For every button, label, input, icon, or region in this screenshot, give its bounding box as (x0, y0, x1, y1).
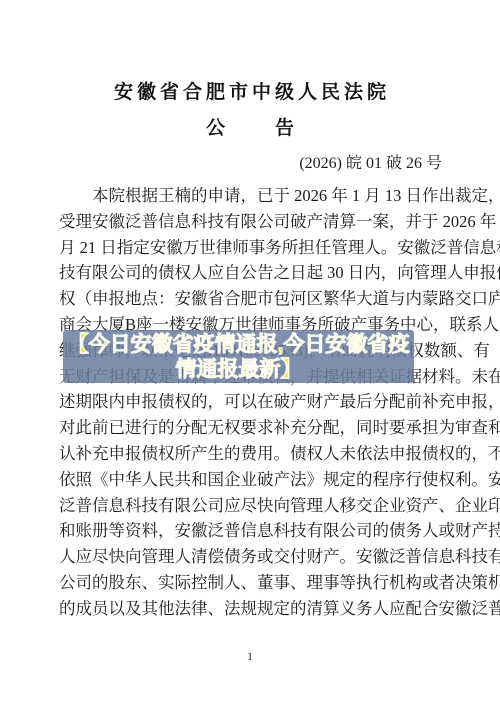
body-line: 权（申报地点：安徽省合肥市包河区繁华大道与内蒙路交口庐江 (59, 286, 448, 312)
body-line: 的成员以及其他法律、法规规定的清算义务人应配合安徽泛普信 (59, 596, 448, 622)
body-line: 认补充申报债权所产生的费用。债权人未依法申报债权的，不得 (59, 441, 448, 467)
overlay-text: 【今日安徽省疫情通报,今日安徽省疫情通报最新】 (63, 332, 414, 382)
page-number: 1 (0, 649, 500, 664)
overlay-banner: 【今日安徽省疫情通报,今日安徽省疫情通报最新】 (63, 330, 414, 383)
document-title: 公 告 (0, 113, 500, 140)
body-line: 技有限公司的债权人应自公告之日起 30 日内，向管理人申报债 (59, 260, 448, 286)
body-line: 和账册等资料，安徽泛普信息科技有限公司的债务人或财产持有 (59, 518, 448, 544)
body-line: 公司的股东、实际控制人、董事、理事等执行机构或者决策机构 (59, 570, 448, 596)
body-line: 受理安徽泛普信息科技有限公司破产清算一案，并于 2026 年 1 (59, 209, 448, 235)
body-line: 对此前已进行的分配无权要求补充分配，同时要承担为审查和确 (59, 415, 448, 441)
body-line: 依照《中华人民共和国企业破产法》规定的程序行使权利。安徽 (59, 467, 448, 493)
body-line: 月 21 日指定安徽万世律师事务所担任管理人。安徽泛普信息科 (59, 235, 448, 261)
body-line: 本院根据王楠的申请，已于 2026 年 1 月 13 日作出裁定， (59, 183, 448, 209)
body-paragraph: 本院根据王楠的申请，已于 2026 年 1 月 13 日作出裁定，受理安徽泛普信… (59, 183, 448, 622)
court-name: 安徽省合肥市中级人民法院 (0, 77, 500, 104)
body-line: 述期限内申报债权的，可以在破产财产最后分配前补充申报，但 (59, 389, 448, 415)
case-number: (2026) 皖 01 破 26 号 (299, 150, 442, 173)
body-line: 泛普信息科技有限公司应尽快向管理人移交企业资产、企业印章 (59, 493, 448, 519)
document-page: 安徽省合肥市中级人民法院 公 告 (2026) 皖 01 破 26 号 本院根据… (0, 0, 500, 706)
body-line: 人应尽快向管理人清偿债务或交付财产。安徽泛普信息科技有限 (59, 544, 448, 570)
